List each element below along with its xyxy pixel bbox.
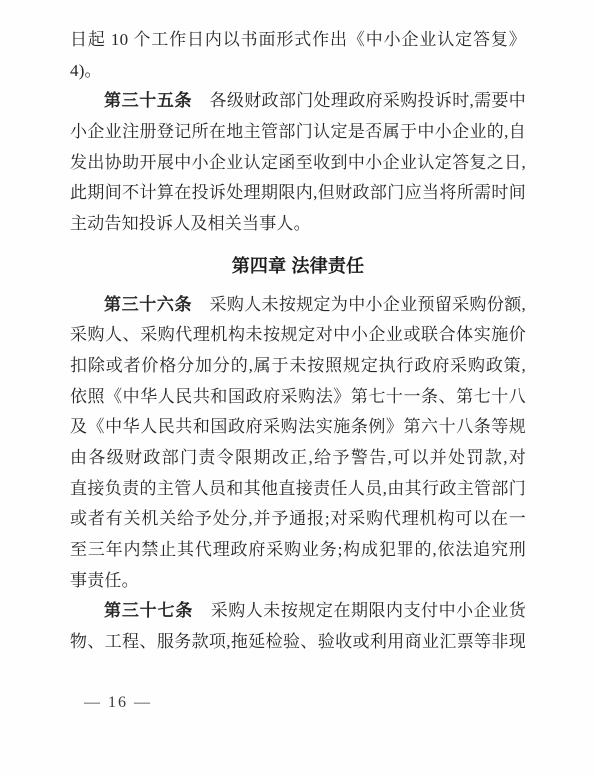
text-line: 至三年内禁止其代理政府采购业务;构成犯罪的,依法追究刑 [70, 535, 526, 566]
article-number-label: 第三十六条 [104, 295, 192, 314]
line-text: 事责任。 [70, 571, 139, 590]
page-number-footer: — 16 — [84, 694, 152, 712]
text-line: 小企业注册登记所在地主管部门认定是否属于中小企业的,自 [70, 117, 526, 148]
text-line: 直接负责的主管人员和其他直接责任人员,由其行政主管部门 [70, 474, 526, 505]
text-line: 依照《中华人民共和国政府采购法》第七十一条、第七十八条 [70, 382, 526, 413]
paragraph-article-36: 第三十六条 采购人未按规定为中小企业预留采购份额,采购人、采购代理机构未按规定对… [70, 290, 526, 597]
text-line: 由各级财政部门责令限期改正,给予警告,可以并处罚款,对 [70, 443, 526, 474]
text-line: 日起 10 个工作日内以书面形式作出《中小企业认定答复》(附 [70, 25, 526, 56]
line-text: 各级财政部门处理政府采购投诉时,需要中 [192, 91, 526, 110]
text-line: 第三十五条 各级财政部门处理政府采购投诉时,需要中 [70, 86, 526, 117]
text-line: 第三十六条 采购人未按规定为中小企业预留采购份额, [70, 290, 526, 321]
text-line: 采购人、采购代理机构未按规定对中小企业或联合体实施价格 [70, 320, 526, 351]
text-line: 主动告知投诉人及相关当事人。 [70, 209, 526, 240]
text-line: 物、工程、服务款项,拖延检验、验收或利用商业汇票等非现 [70, 627, 526, 658]
line-text: 主动告知投诉人及相关当事人。 [70, 214, 311, 233]
text-line: 及《中华人民共和国政府采购法实施条例》第六十八条等规定, [70, 412, 526, 443]
chapter-heading: 第四章 法律责任 [70, 251, 526, 282]
article-number-label: 第三十五条 [104, 91, 192, 110]
text-line: 发出协助开展中小企业认定函至收到中小企业认定答复之日, [70, 148, 526, 179]
article-number-label: 第三十七条 [104, 601, 193, 620]
text-line: 第三十七条 采购人未按规定在期限内支付中小企业货 [70, 596, 526, 627]
line-text: 采购人未按规定为中小企业预留采购份额, [192, 295, 526, 314]
paragraph-article-35: 第三十五条 各级财政部门处理政府采购投诉时,需要中小企业注册登记所在地主管部门认… [70, 86, 526, 239]
line-text: 采购人未按规定在期限内支付中小企业货 [193, 601, 526, 620]
text-line: 事责任。 [70, 566, 526, 597]
line-text: 4)。 [70, 61, 102, 80]
text-line: 扣除或者价格分加分的,属于未按照规定执行政府采购政策, [70, 351, 526, 382]
text-line: 此期间不计算在投诉处理期限内,但财政部门应当将所需时间 [70, 178, 526, 209]
document-page: 日起 10 个工作日内以书面形式作出《中小企业认定答复》(附4)。 第三十五条 … [0, 0, 596, 775]
paragraph-continuation: 日起 10 个工作日内以书面形式作出《中小企业认定答复》(附4)。 [70, 25, 526, 86]
text-line: 或者有关机关给予处分,并予通报;对采购代理机构可以在一 [70, 504, 526, 535]
paragraph-article-37: 第三十七条 采购人未按规定在期限内支付中小企业货物、工程、服务款项,拖延检验、验… [70, 596, 526, 657]
text-block: 日起 10 个工作日内以书面形式作出《中小企业认定答复》(附4)。 第三十五条 … [70, 25, 526, 658]
text-line: 4)。 [70, 56, 526, 87]
